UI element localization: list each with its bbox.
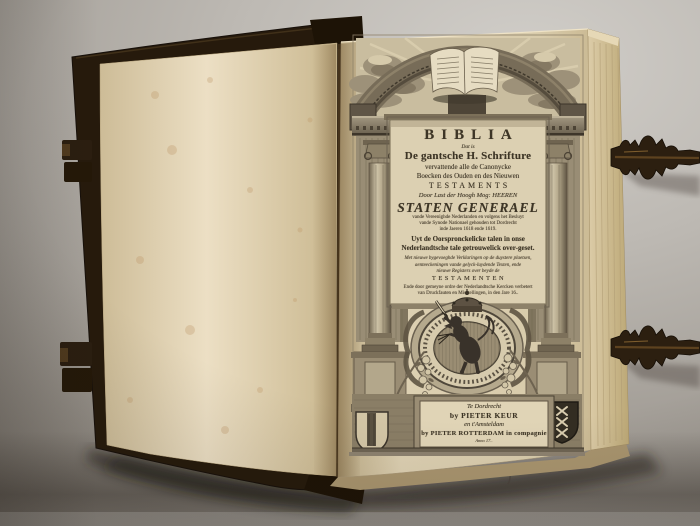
imprint-pieter-keur: by PIETER KEUR — [421, 411, 547, 421]
title-testaments: TESTAMENTS — [392, 180, 544, 191]
title-line: vande Vereenighde Nederlanden en volgens… — [392, 215, 544, 221]
left-blank-page — [100, 43, 337, 476]
title-line: vervattende alle de Canonycke — [392, 163, 544, 172]
title-line: Met nieuwe bygevoeghde Verklaringen op d… — [392, 256, 544, 262]
title-page-text-block: BIBLIA Dat is De gantsche H. Schrifture … — [392, 126, 544, 297]
imprint-place-amsteldam: en t'Amsteldam — [421, 421, 547, 429]
title-line: Boecken des Ouden en des Nieuwen — [392, 172, 544, 181]
title-biblia: BIBLIA — [392, 126, 544, 144]
title-line: Uyt de Oorspronckelicke talen in onse — [392, 235, 544, 244]
book-illustration — [0, 0, 700, 526]
brass-clasp-lower — [611, 326, 700, 369]
brass-clasp-upper — [611, 136, 700, 179]
imprint-text-block: Te Dordrecht by PIETER KEUR en t'Amsteld… — [421, 403, 547, 444]
title-staten-generael: STATEN GENERAEL — [392, 200, 544, 215]
imprint-anno: Anno 17.. — [421, 438, 547, 444]
clasp-shadow-lower — [622, 362, 700, 388]
title-line: Door Last der Hoogh Mog: HEEREN — [392, 191, 544, 200]
title-testamenten: TESTAMENTEN — [392, 275, 544, 283]
title-line: inde Jaeren 1618 ende 1619. — [392, 227, 544, 233]
imprint-place-dordrecht: Te Dordrecht — [421, 403, 547, 411]
imprint-pieter-rotterdam: by PIETER ROTTERDAM in compagnie — [421, 429, 547, 438]
title-line: Nederlandtsche tale getrouwelick over-ge… — [392, 244, 544, 253]
clasp-shadow-upper — [622, 172, 700, 196]
title-line: Ende door gemeyne ordre der Nederlandtsc… — [392, 285, 544, 291]
fore-edge — [588, 29, 629, 450]
photograph: BIBLIA Dat is De gantsche H. Schrifture … — [0, 0, 700, 526]
title-line: van Druckfauten en Misstellingen, in den… — [392, 291, 544, 297]
clasp-catch-lower — [60, 342, 92, 392]
dordrecht-shield — [356, 412, 388, 453]
title-schrifture: De gantsche H. Schrifture — [392, 150, 544, 163]
